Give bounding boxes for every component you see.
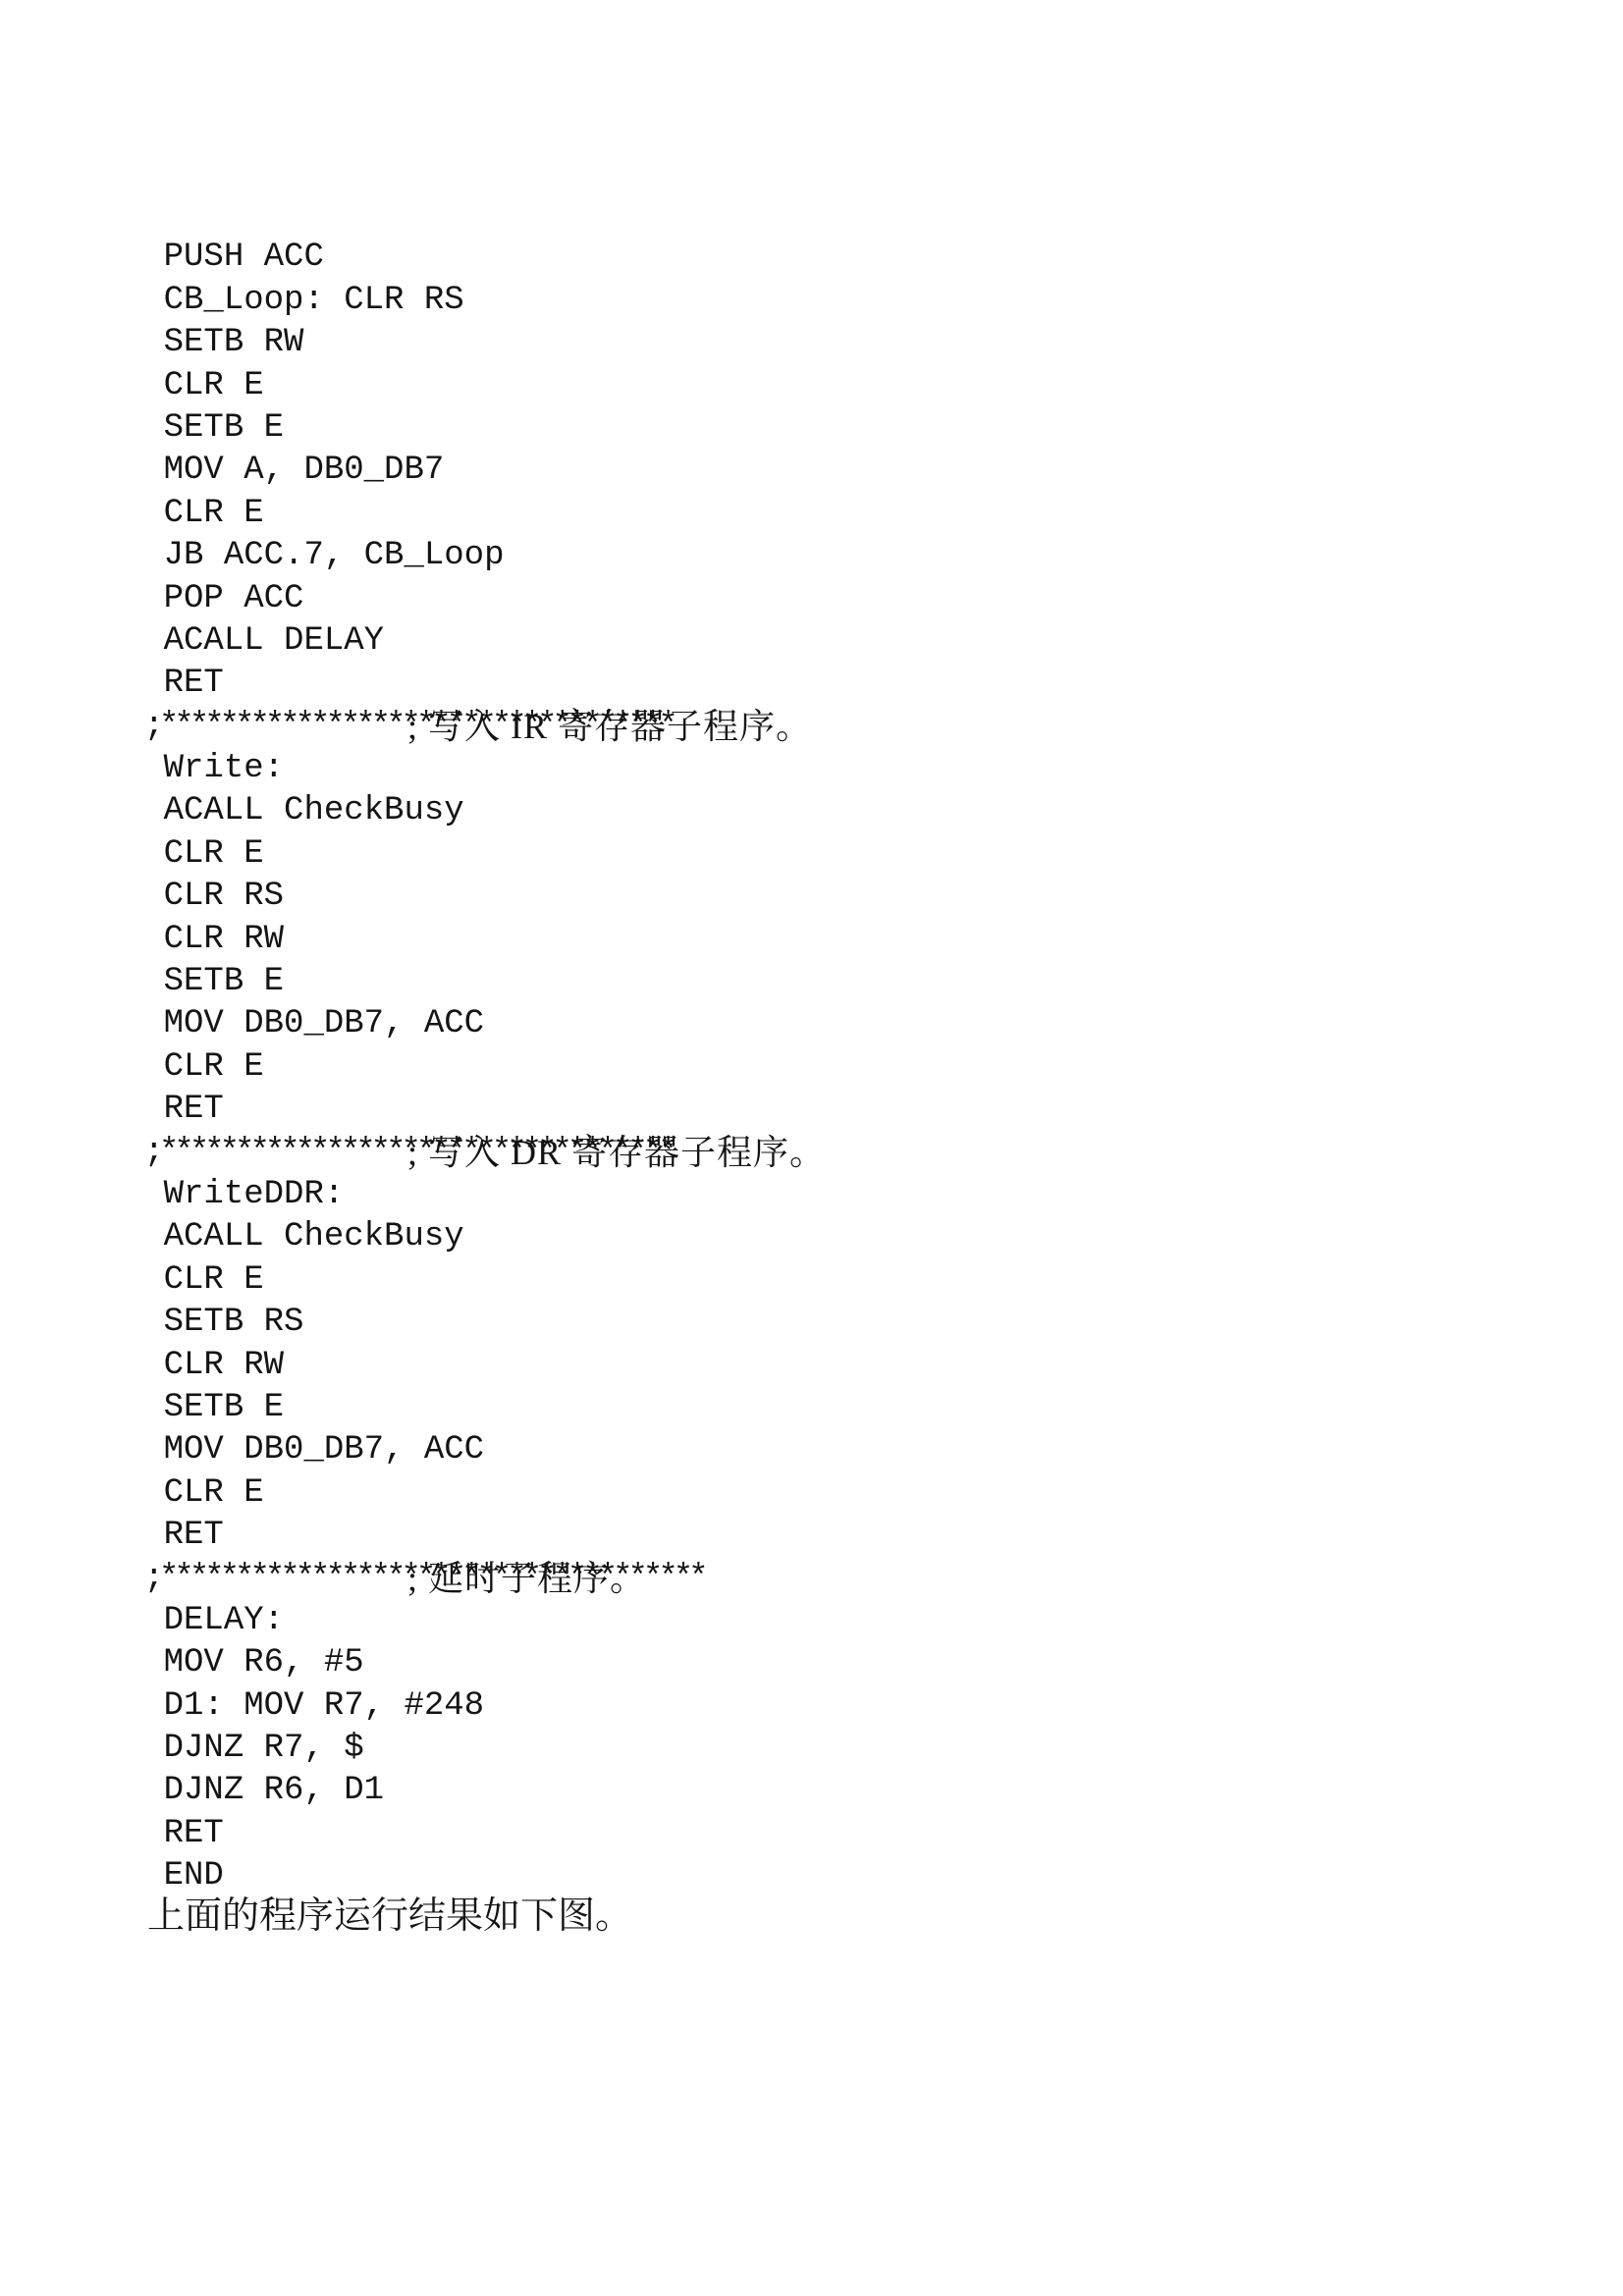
code-line: DJNZ R7, $ [83, 1685, 704, 1728]
code-line: CLR E [83, 322, 704, 364]
document-page: PUSH ACC CB_Loop: CLR RS SETB RW CLR E S… [0, 0, 1623, 2296]
code-line: SETB RS [83, 1259, 704, 1302]
code-line: MOV DB0_DB7, ACC [83, 961, 704, 1003]
code-line: SETB E [83, 1345, 704, 1387]
code-line: JB ACC.7, CB_Loop [83, 493, 704, 535]
code-line: ACALL CheckBusy [83, 1174, 704, 1216]
code-line: CLR RS [83, 833, 704, 876]
code-line: POP ACC [83, 535, 704, 577]
code-line: CLR RW [83, 1302, 704, 1344]
code-line: END [83, 1813, 704, 1855]
code-line: CB_Loop: CLR RS [83, 237, 704, 279]
code-line: WriteDDR: ; 写入 DR 寄存器子程序。 [83, 1132, 704, 1174]
code-line: RET [83, 1046, 704, 1089]
code-line: ;********************************** [83, 1089, 704, 1131]
code-line: CLR E [83, 450, 704, 492]
code-line: DJNZ R6, D1 [83, 1728, 704, 1770]
closing-paragraph: 上面的程序运行结果如下图。 [147, 1895, 632, 1938]
code-line: MOV R6, #5 [83, 1600, 704, 1642]
code-comment: ; 写入 IR 寄存器子程序。 [407, 706, 812, 748]
code-line: CLR RW [83, 876, 704, 918]
code-line: RET [83, 1770, 704, 1812]
code-line: ;************************************ [83, 1515, 704, 1557]
code-line: MOV DB0_DB7, ACC [83, 1387, 704, 1429]
code-line: PUSH ACC [83, 194, 704, 237]
code-line: RET [83, 620, 704, 663]
code-line: ;********************************** [83, 663, 704, 705]
code-line: SETB E [83, 919, 704, 961]
code-line: SETB RW [83, 280, 704, 322]
code-line: SETB E [83, 365, 704, 407]
code-line: Write: ; 写入 IR 寄存器子程序。 [83, 706, 704, 748]
code-comment: ; 写入 DR 寄存器子程序。 [407, 1132, 826, 1174]
code-line: CLR E [83, 1003, 704, 1045]
code-line: MOV A, DB0_DB7 [83, 407, 704, 450]
code-listing: PUSH ACC CB_Loop: CLR RS SETB RW CLR E S… [83, 194, 704, 1855]
code-line: ACALL DELAY [83, 578, 704, 620]
code-line: CLR E [83, 1429, 704, 1471]
code-comment: ; 延时子程序。 [407, 1558, 646, 1600]
code-line: CLR E [83, 790, 704, 832]
code-line: CLR E [83, 1216, 704, 1258]
code-line: D1: MOV R7, #248 [83, 1642, 704, 1684]
code-line: RET [83, 1472, 704, 1515]
code-line: ACALL CheckBusy [83, 748, 704, 790]
code-text: END [164, 1857, 224, 1895]
code-line: DELAY: ; 延时子程序。 [83, 1558, 704, 1600]
